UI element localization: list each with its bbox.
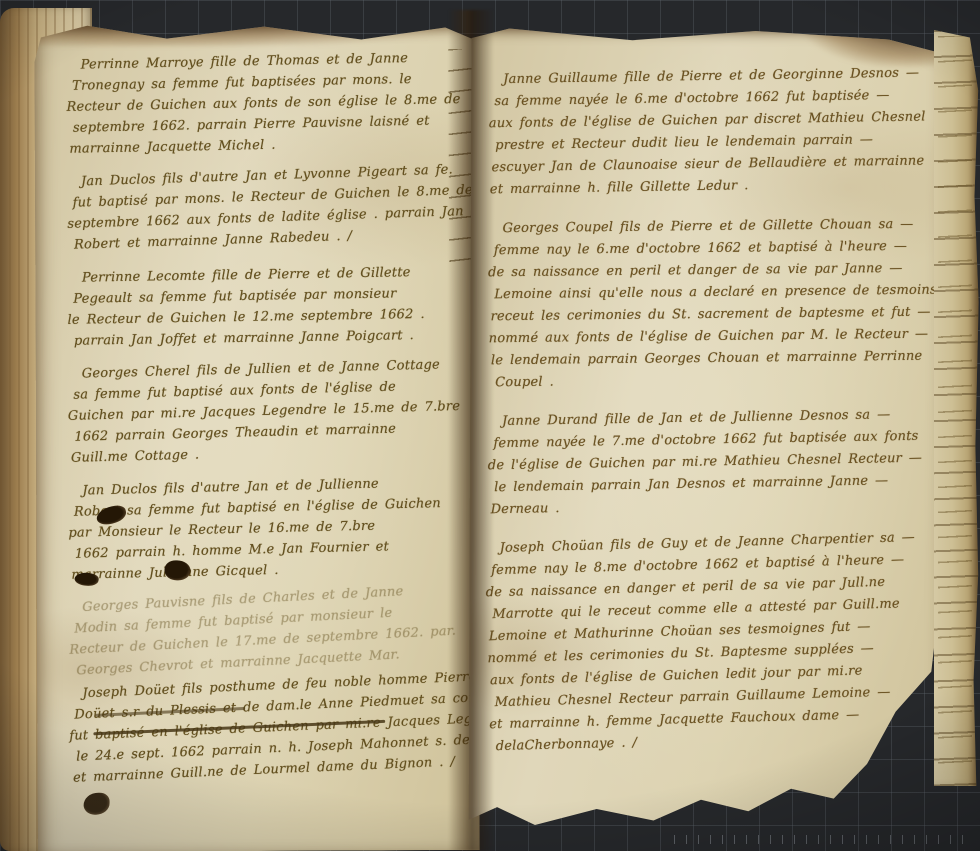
manuscript-line: Coupel . [495, 368, 937, 395]
right-page-stack-edges [934, 30, 980, 786]
right-page-entries: Janne Guillaume fille de Pierre et de Ge… [489, 69, 937, 777]
baptism-entry: Georges Pauvisne fils de Charles et de J… [69, 578, 477, 682]
left-page: Perrinne Marroye fille de Thomas et de J… [34, 19, 480, 851]
baptism-entry: Perrinne Lecomte fille de Pierre et de G… [69, 261, 474, 352]
baptism-entry: Georges Coupel fils de Pierre et de Gill… [490, 214, 938, 395]
baptism-entry: Joseph Doüet fils posthume de feu noble … [69, 667, 477, 789]
photo-backdrop: Perrinne Marroye fille de Thomas et de J… [0, 0, 980, 851]
baptism-entry: Janne Guillaume fille de Pierre et de Ge… [490, 62, 938, 201]
baptism-entry: Jan Duclos fils d'autre Jan et de Jullie… [69, 471, 475, 585]
left-page-entries: Perrinne Marroye fille de Thomas et de J… [68, 53, 475, 801]
baptism-entry: Perrinne Marroye fille de Thomas et de J… [68, 47, 474, 160]
edge-text-fragments [938, 36, 972, 776]
mat-ruler-ticks [674, 835, 974, 844]
baptism-entry: Georges Cherel fils de Jullien et de Jan… [69, 354, 476, 469]
baptism-entry: Jan Duclos fils d'autre Jan et Lyvonne P… [68, 159, 475, 256]
ink-blot [84, 793, 110, 815]
baptism-entry: Joseph Choüan fils de Guy et de Jeanne C… [486, 527, 938, 759]
ink-blot [165, 560, 191, 580]
baptism-entry: Janne Durand fille de Jan et de Jullienn… [489, 403, 937, 521]
manuscript-line: le lendemain parrain Georges Chouan et m… [491, 346, 937, 373]
right-page: Janne Guillaume fille de Pierre et de Ge… [469, 25, 946, 833]
